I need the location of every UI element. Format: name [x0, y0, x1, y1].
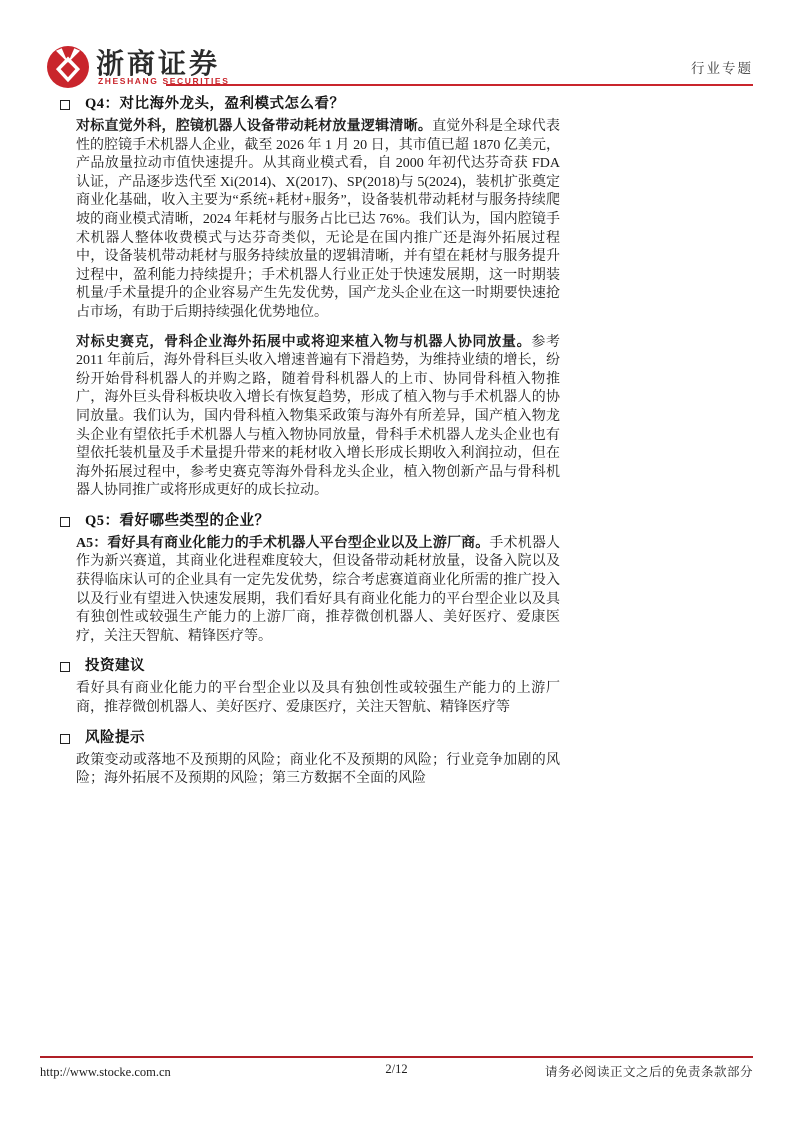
- investment-paragraph: 看好具有商业化能力的平台型企业以及具有独创性或较强生产能力的上游厂商，推荐微创机…: [76, 680, 560, 717]
- investment-paragraph-body: 看好具有商业化能力的平台型企业以及具有独创性或较强生产能力的上游厂商，推荐微创机…: [76, 681, 560, 715]
- footer-disclaimer: 请务必阅读正文之后的免责条款部分: [545, 1062, 753, 1080]
- q5-paragraph-1: A5：看好具有商业化能力的手术机器人平台型企业以及上游厂商。手术机器人作为新兴赛…: [76, 535, 560, 647]
- q5-paragraph-1-lead: A5：看好具有商业化能力的手术机器人平台型企业以及上游厂商。: [76, 536, 489, 551]
- footer-row: http://www.stocke.com.cn 2/12 请务必阅读正文之后的…: [40, 1062, 753, 1080]
- footer-url[interactable]: http://www.stocke.com.cn: [40, 1065, 171, 1080]
- section-q4: Q4：对比海外龙头，盈利模式怎么看？ 对标直觉外科，腔镜机器人设备带动耗材放量逻…: [60, 95, 562, 501]
- zheshang-logo-icon: [47, 46, 89, 88]
- q4-paragraph-1: 对标直觉外科，腔镜机器人设备带动耗材放量逻辑清晰。直觉外科是全球代表性的腔镜手术…: [76, 118, 560, 323]
- section-q5: Q5：看好哪些类型的企业？ A5：看好具有商业化能力的手术机器人平台型企业以及上…: [60, 512, 562, 647]
- q4-paragraph-2-body: 参考 2011 年前后，海外骨科巨头收入增速普遍有下滑趋势，为维持业绩的增长，纷…: [76, 335, 560, 499]
- section-q5-head: Q5：看好哪些类型的企业？: [60, 512, 562, 531]
- section-q5-heading: Q5：看好哪些类型的企业？: [85, 512, 270, 531]
- q4-paragraph-2: 对标史赛克，骨科企业海外拓展中或将迎来植入物与机器人协同放量。参考 2011 年…: [76, 334, 560, 501]
- section-investment-advice: 投资建议 看好具有商业化能力的平台型企业以及具有独创性或较强生产能力的上游厂商，…: [60, 657, 562, 717]
- zheshang-logo: [47, 46, 89, 88]
- section-risk-warning: 风险提示 政策变动或落地不及预期的风险；商业化不及预期的风险；行业竞争加剧的风险…: [60, 729, 562, 789]
- section-risk-head: 风险提示: [60, 729, 562, 748]
- report-page: 浙商证券 ZHESHANG SECURITIES 行业专题 Q4：对比海外龙头，…: [0, 0, 794, 1123]
- risk-paragraph-body: 政策变动或落地不及预期的风险；商业化不及预期的风险；行业竞争加剧的风险；海外拓展…: [76, 753, 560, 787]
- risk-paragraph: 政策变动或落地不及预期的风险；商业化不及预期的风险；行业竞争加剧的风险；海外拓展…: [76, 752, 560, 789]
- square-bullet-icon: [60, 734, 70, 744]
- section-investment-head: 投资建议: [60, 657, 562, 676]
- header-rule: [166, 84, 753, 86]
- square-bullet-icon: [60, 100, 70, 110]
- square-bullet-icon: [60, 662, 70, 672]
- footer-rule: [40, 1056, 753, 1058]
- q4-paragraph-1-body: 直觉外科是全球代表性的腔镜手术机器人企业，截至 2026 年 1 月 20 日，…: [76, 119, 560, 320]
- q4-paragraph-1-lead: 对标直觉外科，腔镜机器人设备带动耗材放量逻辑清晰。: [76, 119, 432, 134]
- q5-paragraph-1-body: 手术机器人作为新兴赛道，其商业化进程难度较大，但设备带动耗材放量，设备入院以及获…: [76, 536, 560, 644]
- report-body: Q4：对比海外龙头，盈利模式怎么看？ 对标直觉外科，腔镜机器人设备带动耗材放量逻…: [60, 95, 562, 800]
- section-q4-heading: Q4：对比海外龙头，盈利模式怎么看？: [85, 95, 345, 114]
- square-bullet-icon: [60, 517, 70, 527]
- section-q4-head: Q4：对比海外龙头，盈利模式怎么看？: [60, 95, 562, 114]
- section-investment-heading: 投资建议: [85, 657, 145, 676]
- report-type-label: 行业专题: [691, 57, 753, 77]
- footer-page-number: 2/12: [385, 1062, 407, 1077]
- q4-paragraph-2-lead: 对标史赛克，骨科企业海外拓展中或将迎来植入物与机器人协同放量。: [76, 335, 531, 350]
- section-risk-heading: 风险提示: [85, 729, 145, 748]
